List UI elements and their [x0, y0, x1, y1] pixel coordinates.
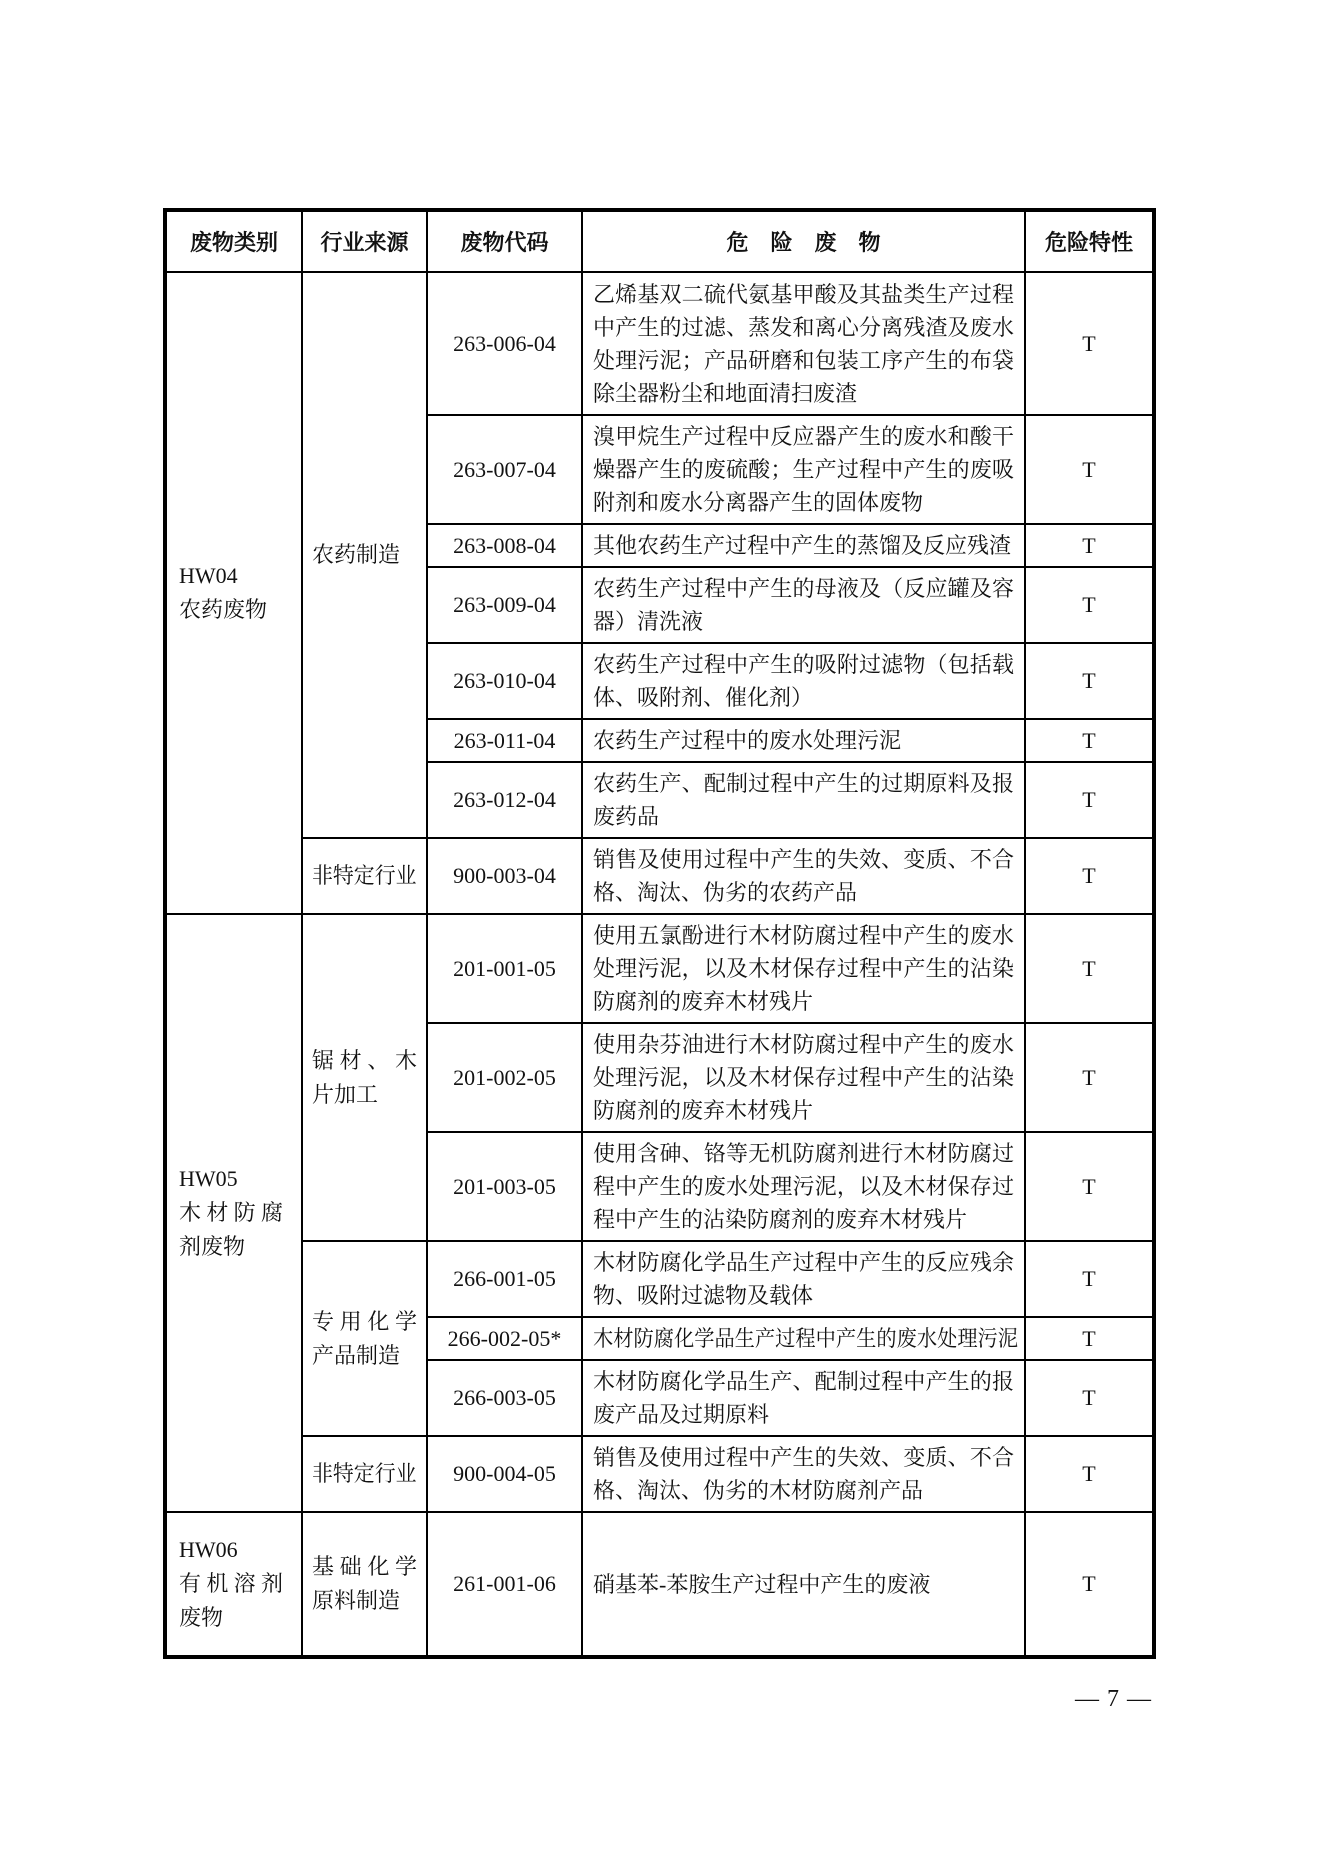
waste-code-cell: 201-002-05: [427, 1023, 582, 1132]
table-row: HW05 木材防腐剂废物 锯材、木片加工 201-001-05 使用五氯酚进行木…: [165, 914, 1154, 1023]
waste-code-cell: 201-001-05: [427, 914, 582, 1023]
hazardous-waste-desc-cell: 乙烯基双二硫代氨基甲酸及其盐类生产过程中产生的过滤、蒸发和离心分离残渣及废水处理…: [582, 272, 1025, 415]
hazardous-waste-table: 废物类别 行业来源 废物代码 危 险 废 物 危险特性 HW04 农药废物 农药…: [163, 208, 1156, 1659]
col-header-hazardous-waste: 危 险 废 物: [582, 210, 1025, 272]
waste-code-cell: 266-002-05*: [427, 1317, 582, 1360]
table-row: 非特定行业 900-003-04 销售及使用过程中产生的失效、变质、不合格、淘汰…: [165, 838, 1154, 914]
hazard-trait-cell: T: [1025, 1360, 1154, 1436]
hazard-trait-cell: T: [1025, 1436, 1154, 1512]
table-row: 专用化学产品制造 266-001-05 木材防腐化学品生产过程中产生的反应残余物…: [165, 1241, 1154, 1317]
hazardous-waste-desc-cell: 溴甲烷生产过程中反应器产生的废水和酸干燥器产生的废硫酸；生产过程中产生的废吸附剂…: [582, 415, 1025, 524]
col-header-hazard-trait: 危险特性: [1025, 210, 1154, 272]
industry-source-cell: 锯材、木片加工: [302, 914, 427, 1241]
waste-code-cell: 263-007-04: [427, 415, 582, 524]
col-header-industry-source: 行业来源: [302, 210, 427, 272]
industry-source-cell: 非特定行业: [302, 1436, 427, 1512]
industry-source-label: 非特定行业: [312, 859, 417, 893]
table-row: 非特定行业 900-004-05 销售及使用过程中产生的失效、变质、不合格、淘汰…: [165, 1436, 1154, 1512]
hazard-trait-cell: T: [1025, 1512, 1154, 1657]
table-header-row: 废物类别 行业来源 废物代码 危 险 废 物 危险特性: [165, 210, 1154, 272]
industry-source-label: 非特定行业: [312, 1457, 417, 1491]
hazard-trait-cell: T: [1025, 1241, 1154, 1317]
hazardous-waste-desc-cell: 使用含砷、铬等无机防腐剂进行木材防腐过程中产生的废水处理污泥，以及木材保存过程中…: [582, 1132, 1025, 1241]
waste-code-cell: 263-006-04: [427, 272, 582, 415]
table-row: HW06 有机溶剂废物 基础化学原料制造 261-001-06 硝基苯-苯胺生产…: [165, 1512, 1154, 1657]
industry-source-cell: 农药制造: [302, 272, 427, 838]
waste-code-cell: 263-008-04: [427, 524, 582, 567]
col-header-waste-code: 废物代码: [427, 210, 582, 272]
industry-source-cell: 专用化学产品制造: [302, 1241, 427, 1436]
waste-code-cell: 201-003-05: [427, 1132, 582, 1241]
waste-code-cell: 900-003-04: [427, 838, 582, 914]
hazardous-waste-desc-cell: 木材防腐化学品生产过程中产生的废水处理污泥: [582, 1317, 1025, 1360]
waste-code-cell: 263-009-04: [427, 567, 582, 643]
hazard-trait-cell: T: [1025, 643, 1154, 719]
waste-code-cell: 266-001-05: [427, 1241, 582, 1317]
hazardous-waste-desc-cell: 使用杂芬油进行木材防腐过程中产生的废水处理污泥，以及木材保存过程中产生的沾染防腐…: [582, 1023, 1025, 1132]
hazardous-waste-desc-cell: 销售及使用过程中产生的失效、变质、不合格、淘汰、伪劣的木材防腐剂产品: [582, 1436, 1025, 1512]
waste-code-cell: 266-003-05: [427, 1360, 582, 1436]
hazard-trait-cell: T: [1025, 719, 1154, 762]
hazardous-waste-desc-cell: 木材防腐化学品生产、配制过程中产生的报废产品及过期原料: [582, 1360, 1025, 1436]
table-row: HW04 农药废物 农药制造 263-006-04 乙烯基双二硫代氨基甲酸及其盐…: [165, 272, 1154, 415]
hazard-trait-cell: T: [1025, 415, 1154, 524]
hazard-trait-cell: T: [1025, 838, 1154, 914]
hazard-trait-cell: T: [1025, 1023, 1154, 1132]
industry-source-cell: 基础化学原料制造: [302, 1512, 427, 1657]
hazardous-waste-desc-cell: 硝基苯-苯胺生产过程中产生的废液: [582, 1512, 1025, 1657]
hazard-trait-cell: T: [1025, 567, 1154, 643]
hazard-trait-cell: T: [1025, 762, 1154, 838]
hazard-trait-cell: T: [1025, 272, 1154, 415]
hazardous-waste-desc-cell: 其他农药生产过程中产生的蒸馏及反应残渣: [582, 524, 1025, 567]
waste-code-cell: 261-001-06: [427, 1512, 582, 1657]
industry-source-cell: 非特定行业: [302, 838, 427, 914]
hazard-trait-cell: T: [1025, 524, 1154, 567]
waste-code-cell: 263-012-04: [427, 762, 582, 838]
hazardous-waste-desc-cell: 农药生产过程中产生的母液及（反应罐及容器）清洗液: [582, 567, 1025, 643]
hazard-trait-cell: T: [1025, 1132, 1154, 1241]
waste-category-cell-hw05: HW05 木材防腐剂废物: [165, 914, 302, 1512]
hazardous-waste-desc-cell: 销售及使用过程中产生的失效、变质、不合格、淘汰、伪劣的农药产品: [582, 838, 1025, 914]
hazardous-waste-desc-cell: 农药生产、配制过程中产生的过期原料及报废药品: [582, 762, 1025, 838]
hazard-trait-cell: T: [1025, 914, 1154, 1023]
hazardous-waste-desc-cell: 农药生产过程中的废水处理污泥: [582, 719, 1025, 762]
waste-category-cell-hw06: HW06 有机溶剂废物: [165, 1512, 302, 1657]
hazardous-waste-desc-cell: 使用五氯酚进行木材防腐过程中产生的废水处理污泥，以及木材保存过程中产生的沾染防腐…: [582, 914, 1025, 1023]
waste-code-cell: 263-010-04: [427, 643, 582, 719]
col-header-waste-category: 废物类别: [165, 210, 302, 272]
waste-code-cell: 900-004-05: [427, 1436, 582, 1512]
hazardous-waste-desc-cell: 农药生产过程中产生的吸附过滤物（包括载体、吸附剂、催化剂）: [582, 643, 1025, 719]
hazardous-waste-desc-condensed: 木材防腐化学品生产过程中产生的废水处理污泥: [593, 1322, 1018, 1355]
page-number: — 7 —: [163, 1686, 1152, 1713]
waste-category-cell-hw04: HW04 农药废物: [165, 272, 302, 914]
hazard-trait-cell: T: [1025, 1317, 1154, 1360]
document-page: 废物类别 行业来源 废物代码 危 险 废 物 危险特性 HW04 农药废物 农药…: [0, 0, 1323, 1871]
hazardous-waste-desc-cell: 木材防腐化学品生产过程中产生的反应残余物、吸附过滤物及载体: [582, 1241, 1025, 1317]
waste-code-cell: 263-011-04: [427, 719, 582, 762]
